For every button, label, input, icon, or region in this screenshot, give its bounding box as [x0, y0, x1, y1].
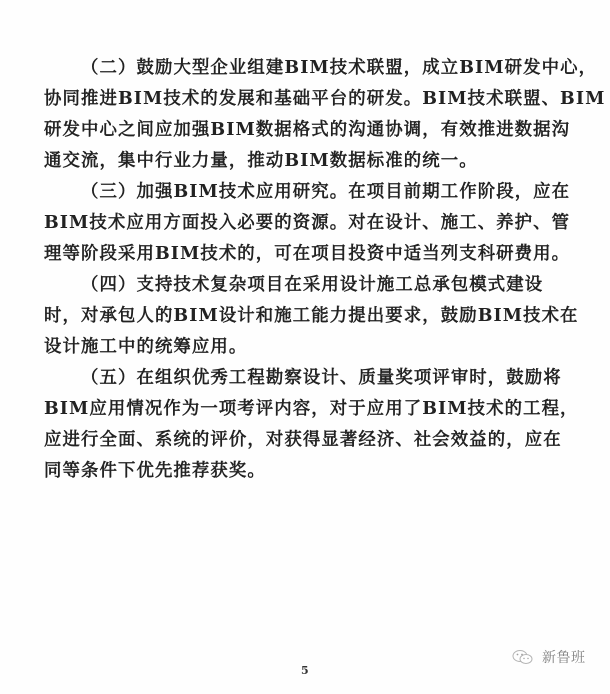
paragraph-section-4: （四）支持技术复杂项目在采用设计施工总承包模式建设 时，对承包人的BIM设计和施… — [44, 270, 564, 363]
text-line: 理等阶段采用BIM技术的，可在项目投资中适当列支科研费用。 — [44, 239, 564, 270]
paragraph-section-2: （二）鼓励大型企业组建BIM技术联盟，成立BIM研发中心， 协同推进BIM技术的… — [44, 53, 564, 177]
watermark: 新鲁班 — [512, 647, 586, 667]
text-line: 通交流，集中行业力量，推动BIM数据标准的统一。 — [44, 146, 564, 177]
text-line: 应进行全面、系统的评价，对获得显著经济、社会效益的，应在 — [44, 425, 564, 456]
wechat-icon — [512, 649, 534, 665]
text-line: BIM技术应用方面投入必要的资源。对在设计、施工、养护、管 — [44, 208, 564, 239]
text-line: （四）支持技术复杂项目在采用设计施工总承包模式建设 — [44, 270, 564, 301]
paragraph-section-3: （三）加强BIM技术应用研究。在项目前期工作阶段，应在 BIM技术应用方面投入必… — [44, 177, 564, 270]
text-line: （三）加强BIM技术应用研究。在项目前期工作阶段，应在 — [44, 177, 564, 208]
paragraph-section-5: （五）在组织优秀工程勘察设计、质量奖项评审时，鼓励将 BIM应用情况作为一项考评… — [44, 363, 564, 487]
text-line: （二）鼓励大型企业组建BIM技术联盟，成立BIM研发中心， — [44, 53, 564, 84]
text-line: 时，对承包人的BIM设计和施工能力提出要求，鼓励BIM技术在 — [44, 301, 564, 332]
text-line: 研发中心之间应加强BIM数据格式的沟通协调，有效推进数据沟 — [44, 115, 564, 146]
text-line: 协同推进BIM技术的发展和基础平台的研发。BIM技术联盟、BIM — [44, 84, 564, 115]
text-line: 设计施工中的统筹应用。 — [44, 332, 564, 363]
text-line: 同等条件下优先推荐获奖。 — [44, 456, 564, 487]
text-line: （五）在组织优秀工程勘察设计、质量奖项评审时，鼓励将 — [44, 363, 564, 394]
document-page: （二）鼓励大型企业组建BIM技术联盟，成立BIM研发中心， 协同推进BIM技术的… — [0, 0, 610, 694]
watermark-label: 新鲁班 — [542, 647, 586, 667]
text-line: BIM应用情况作为一项考评内容，对于应用了BIM技术的工程， — [44, 394, 564, 425]
page-number: 5 — [301, 664, 309, 677]
document-body: （二）鼓励大型企业组建BIM技术联盟，成立BIM研发中心， 协同推进BIM技术的… — [44, 53, 564, 487]
